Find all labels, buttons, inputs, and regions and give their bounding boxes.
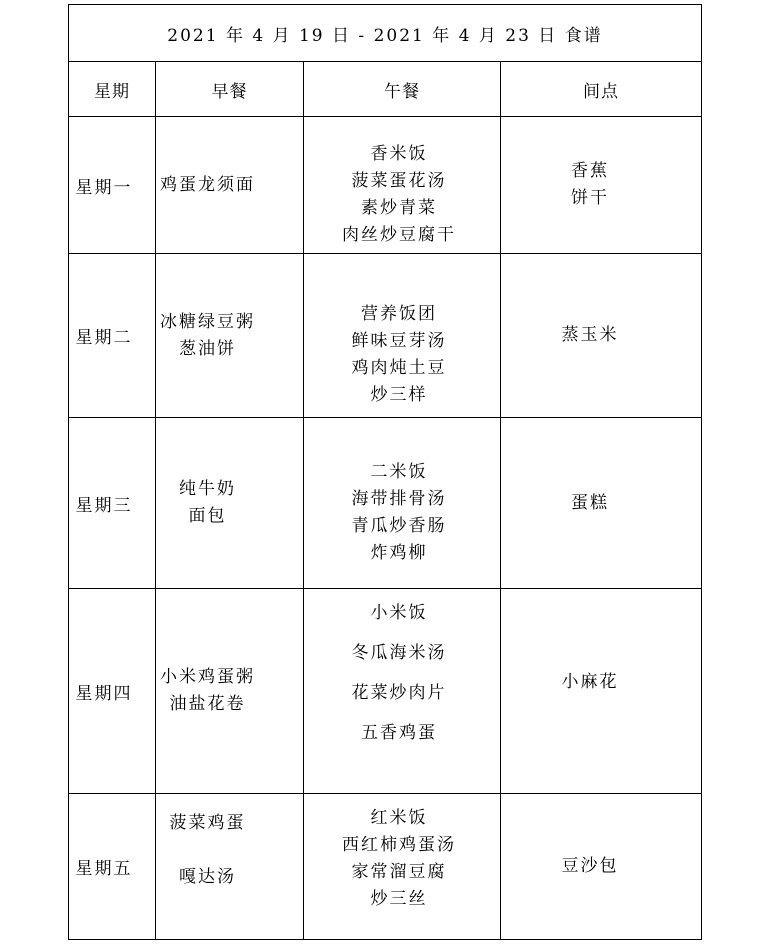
menu-item: 鲜味豆芽汤	[304, 328, 494, 355]
lunch-cell: 红米饭西红柿鸡蛋汤家常溜豆腐炒三丝	[304, 794, 501, 940]
menu-item: 冬瓜海米汤	[304, 633, 494, 673]
column-header-lunch: 午餐	[304, 62, 501, 117]
menu-item: 鸡肉炖土豆	[304, 355, 494, 382]
breakfast-cell: 菠菜鸡蛋嘎达汤	[156, 794, 304, 940]
day-cell: 星期一	[69, 117, 156, 254]
menu-item: 西红柿鸡蛋汤	[304, 832, 494, 859]
day-cell: 星期二	[69, 254, 156, 418]
column-header-day: 星期	[69, 62, 156, 117]
snack-cell: 小麻花	[501, 589, 702, 794]
menu-item: 海带排骨汤	[304, 486, 494, 513]
menu-item: 饼干	[501, 185, 679, 212]
menu-item: 蒸玉米	[501, 322, 679, 349]
table-row: 星期三纯牛奶面包二米饭海带排骨汤青瓜炒香肠炸鸡柳蛋糕	[69, 418, 702, 589]
breakfast-cell: 鸡蛋龙须面	[156, 117, 304, 254]
snack-cell: 蛋糕	[501, 418, 702, 589]
day-cell: 星期三	[69, 418, 156, 589]
menu-item: 菠菜蛋花汤	[304, 168, 494, 195]
menu-item: 嘎达汤	[156, 850, 259, 904]
menu-item: 二米饭	[304, 459, 494, 486]
menu-item: 家常溜豆腐	[304, 859, 494, 886]
menu-item: 鸡蛋龙须面	[156, 172, 259, 199]
menu-item: 红米饭	[304, 805, 494, 832]
menu-item: 肉丝炒豆腐干	[304, 222, 494, 249]
menu-item: 炸鸡柳	[304, 540, 494, 567]
table-row: 星期四小米鸡蛋粥油盐花卷小米饭冬瓜海米汤花菜炒肉片五香鸡蛋小麻花	[69, 589, 702, 794]
lunch-cell: 营养饭团鲜味豆芽汤鸡肉炖土豆炒三样	[304, 254, 501, 418]
menu-item: 素炒青菜	[304, 195, 494, 222]
table-row: 星期二冰糖绿豆粥葱油饼营养饭团鲜味豆芽汤鸡肉炖土豆炒三样蒸玉米	[69, 254, 702, 418]
menu-item: 五香鸡蛋	[304, 713, 494, 753]
menu-item: 营养饭团	[304, 301, 494, 328]
menu-item: 炒三丝	[304, 886, 494, 913]
menu-item: 小米鸡蛋粥	[156, 664, 259, 691]
menu-item: 冰糖绿豆粥	[156, 309, 259, 336]
menu-item: 菠菜鸡蛋	[156, 796, 259, 850]
menu-item: 香米饭	[304, 141, 494, 168]
day-cell: 星期五	[69, 794, 156, 940]
header-row: 星期 早餐 午餐 间点	[69, 62, 702, 117]
day-cell: 星期四	[69, 589, 156, 794]
menu-item: 面包	[156, 503, 259, 530]
menu-table-body: 星期一鸡蛋龙须面香米饭菠菜蛋花汤素炒青菜肉丝炒豆腐干香蕉饼干星期二冰糖绿豆粥葱油…	[69, 117, 702, 940]
breakfast-cell: 冰糖绿豆粥葱油饼	[156, 254, 304, 418]
menu-item: 炒三样	[304, 382, 494, 409]
menu-item: 油盐花卷	[156, 691, 259, 718]
lunch-cell: 小米饭冬瓜海米汤花菜炒肉片五香鸡蛋	[304, 589, 501, 794]
breakfast-cell: 纯牛奶面包	[156, 418, 304, 589]
column-header-snack: 间点	[501, 62, 702, 117]
table-row: 星期一鸡蛋龙须面香米饭菠菜蛋花汤素炒青菜肉丝炒豆腐干香蕉饼干	[69, 117, 702, 254]
menu-item: 花菜炒肉片	[304, 673, 494, 713]
lunch-cell: 二米饭海带排骨汤青瓜炒香肠炸鸡柳	[304, 418, 501, 589]
menu-item: 小米饭	[304, 593, 494, 633]
menu-item: 葱油饼	[156, 336, 259, 363]
menu-item: 小麻花	[501, 669, 679, 696]
snack-cell: 香蕉饼干	[501, 117, 702, 254]
menu-item: 香蕉	[501, 158, 679, 185]
menu-item: 豆沙包	[501, 853, 679, 880]
table-row: 星期五菠菜鸡蛋嘎达汤红米饭西红柿鸡蛋汤家常溜豆腐炒三丝豆沙包	[69, 794, 702, 940]
menu-table: 2021 年 4 月 19 日 - 2021 年 4 月 23 日 食谱 星期 …	[68, 4, 702, 940]
snack-cell: 蒸玉米	[501, 254, 702, 418]
menu-item: 纯牛奶	[156, 476, 259, 503]
menu-item: 蛋糕	[501, 490, 679, 517]
column-header-breakfast: 早餐	[156, 62, 304, 117]
document-page: 2021 年 4 月 19 日 - 2021 年 4 月 23 日 食谱 星期 …	[0, 0, 771, 947]
breakfast-cell: 小米鸡蛋粥油盐花卷	[156, 589, 304, 794]
table-title: 2021 年 4 月 19 日 - 2021 年 4 月 23 日 食谱	[69, 5, 702, 62]
menu-item: 青瓜炒香肠	[304, 513, 494, 540]
lunch-cell: 香米饭菠菜蛋花汤素炒青菜肉丝炒豆腐干	[304, 117, 501, 254]
title-row: 2021 年 4 月 19 日 - 2021 年 4 月 23 日 食谱	[69, 5, 702, 62]
snack-cell: 豆沙包	[501, 794, 702, 940]
